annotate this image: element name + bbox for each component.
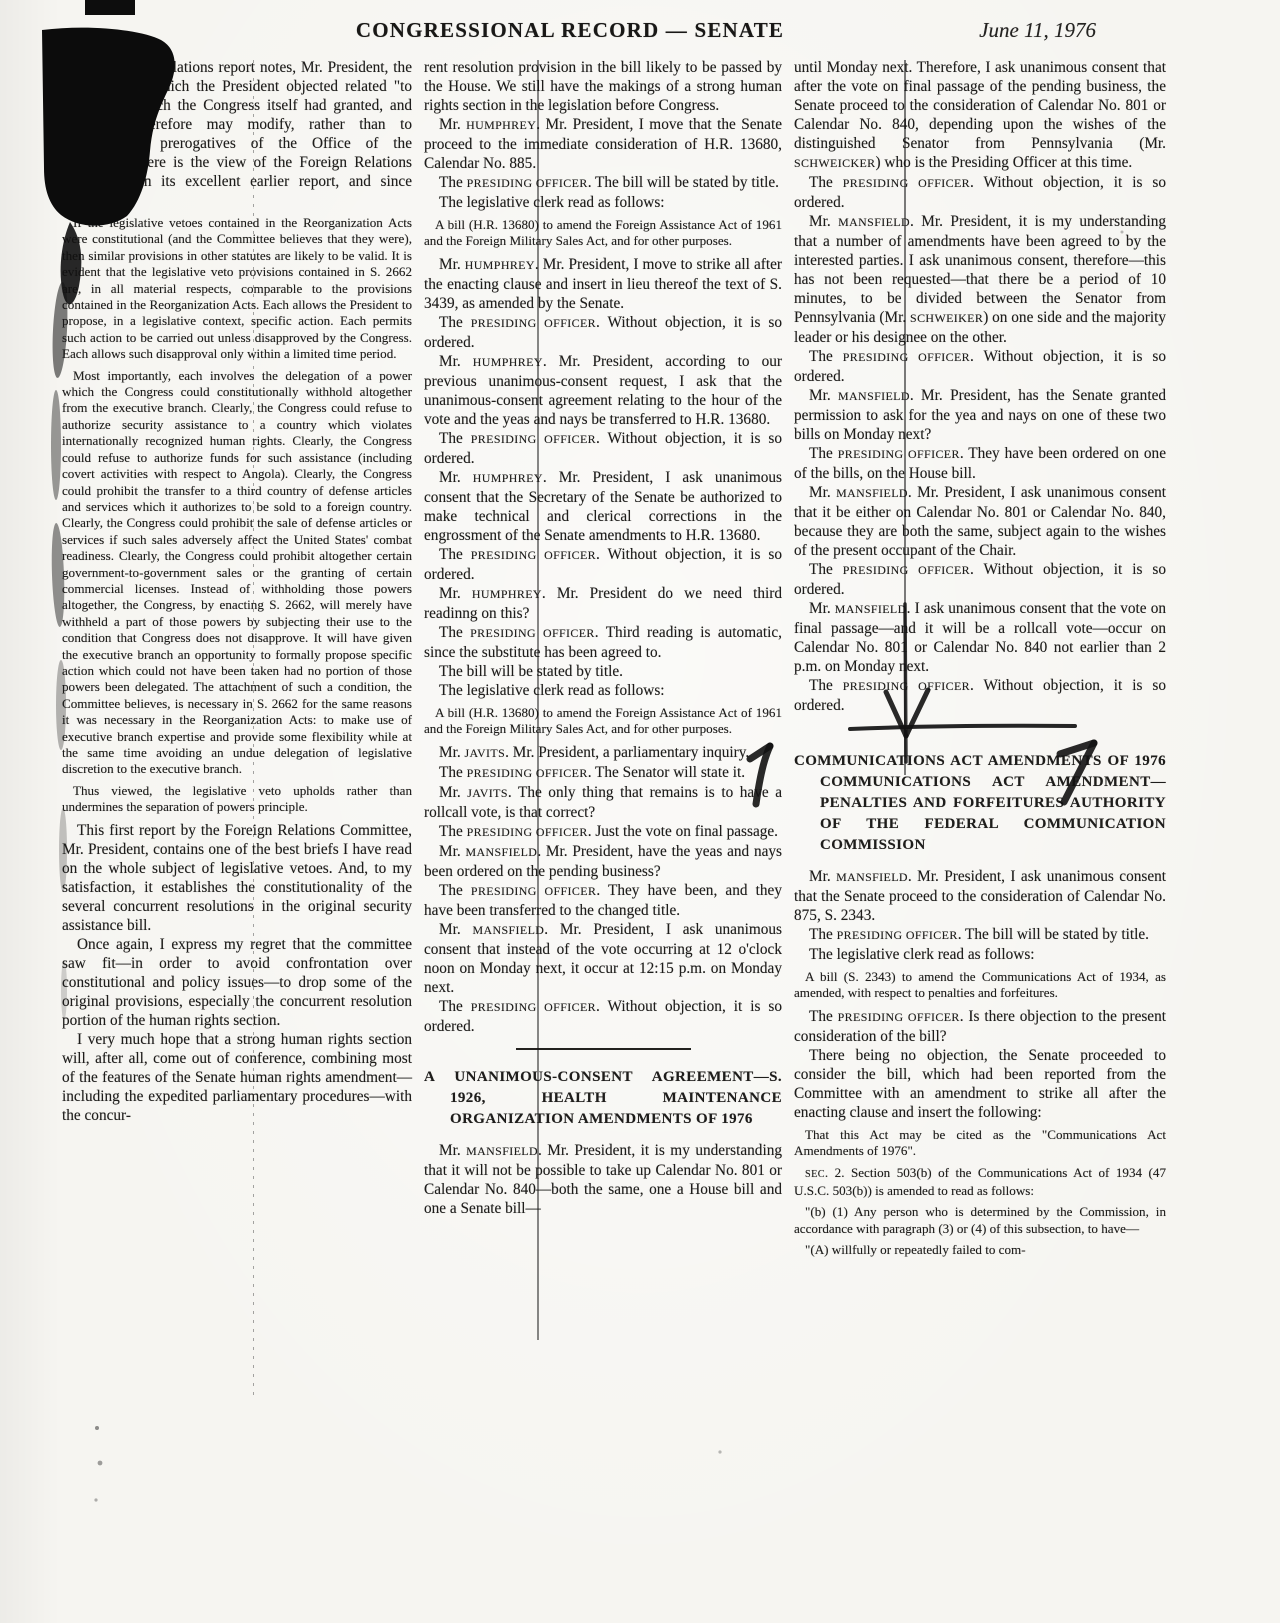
paragraph: Mr. HUMPHREY. Mr. President, I move that… (424, 115, 782, 173)
paragraph: Mr. HUMPHREY. Mr. President do we need t… (424, 584, 782, 623)
column-center: rent resolution provision in the bill li… (424, 58, 782, 1218)
paragraph: The PRESIDING OFFICER. The bill will be … (424, 173, 782, 193)
paragraph: This first report by the Foreign Relatio… (62, 821, 412, 935)
paragraph: The PRESIDING OFFICER. Third reading is … (424, 623, 782, 662)
paragraph: The PRESIDING OFFICER. Just the vote on … (424, 822, 782, 842)
excerpt-paragraph: A bill (S. 2343) to amend the Communicat… (794, 969, 1166, 1002)
paragraph: rent resolution provision in the bill li… (424, 58, 782, 115)
paragraph: The PRESIDING OFFICER. Without objection… (424, 545, 782, 584)
scanned-page: CONGRESSIONAL RECORD — SENATE June 11, 1… (0, 0, 1280, 1623)
masthead: CONGRESSIONAL RECORD — SENATE June 11, 1… (0, 18, 1280, 52)
paragraph: The PRESIDING OFFICER. Without objection… (424, 313, 782, 352)
pen-marks (744, 594, 1224, 954)
excerpt-paragraph: Most importantly, each involves the dele… (62, 368, 412, 778)
paragraph: until Monday next. Therefore, I ask unan… (794, 58, 1166, 173)
issue-date: June 11, 1976 (900, 18, 1096, 43)
section-divider (794, 724, 1166, 736)
paragraph: The PRESIDING OFFICER. The Senator will … (424, 763, 782, 783)
paragraph: The PRESIDING OFFICER. Without objection… (424, 429, 782, 468)
excerpt-paragraph: SEC. 2. Section 503(b) of the Communicat… (794, 1165, 1166, 1200)
column-left: as the Foreign Relations report notes, M… (62, 58, 412, 1125)
paragraph: The bill will be stated by title. (424, 662, 782, 681)
paragraph: Mr. JAVITS. Mr. President, a parliamenta… (424, 743, 782, 763)
paragraph: Mr. HUMPHREY. Mr. President, according t… (424, 352, 782, 429)
paragraph: Mr. MANSFIELD. Mr. President, it is my u… (794, 212, 1166, 347)
excerpt-paragraph: Thus viewed, the legislative veto uphold… (62, 783, 412, 816)
paragraph: The PRESIDING OFFICER. Without objection… (424, 997, 782, 1036)
excerpt-paragraph: "(A) willfully or repeatedly failed to c… (794, 1242, 1166, 1258)
paragraph: Mr. MANSFIELD. Mr. President, I ask unan… (794, 483, 1166, 560)
section-heading: A UNANIMOUS-CONSENT AGREEMENT—S. 1926, H… (424, 1067, 782, 1130)
excerpt-paragraph: A bill (H.R. 13680) to amend the Foreign… (424, 705, 782, 738)
paragraph: Mr. HUMPHREY. Mr. President, I ask unani… (424, 468, 782, 545)
paragraph: as the Foreign Relations report notes, M… (62, 58, 412, 210)
excerpt-paragraph: That this Act may be cited as the "Commu… (794, 1127, 1166, 1160)
paragraph: Mr. MANSFIELD. Mr. President, it is my u… (424, 1141, 782, 1218)
paragraph: The PRESIDING OFFICER. Without objection… (794, 347, 1166, 386)
paragraph: The PRESIDING OFFICER. They have been or… (794, 444, 1166, 483)
paragraph: The PRESIDING OFFICER. Without objection… (794, 173, 1166, 212)
excerpt-paragraph: "(b) (1) Any person who is determined by… (794, 1204, 1166, 1237)
excerpt-paragraph: A bill (H.R. 13680) to amend the Foreign… (424, 217, 782, 250)
paragraph: The PRESIDING OFFICER. They have been, a… (424, 881, 782, 920)
page-title: CONGRESSIONAL RECORD — SENATE (320, 18, 820, 43)
paragraph: Mr. MANSFIELD. Mr. President, I ask unan… (424, 920, 782, 997)
paragraph: Mr. JAVITS. The only thing that remains … (424, 783, 782, 822)
paragraph: Mr. HUMPHREY. Mr. President, I move to s… (424, 255, 782, 313)
section-divider (424, 1046, 782, 1052)
paragraph: There being no objection, the Senate pro… (794, 1046, 1166, 1122)
paragraph: Mr. MANSFIELD. Mr. President, have the y… (424, 842, 782, 881)
excerpt-paragraph: If the legislative vetoes contained in t… (62, 215, 412, 363)
paragraph: Once again, I express my regret that the… (62, 935, 412, 1030)
paragraph: Mr. MANSFIELD. Mr. President, has the Se… (794, 386, 1166, 444)
paragraph: I very much hope that a strong human rig… (62, 1030, 412, 1125)
paragraph: The legislative clerk read as follows: (424, 681, 782, 700)
paragraph: The PRESIDING OFFICER. Is there objectio… (794, 1007, 1166, 1046)
paragraph: The legislative clerk read as follows: (424, 193, 782, 212)
column-right: until Monday next. Therefore, I ask unan… (794, 58, 1166, 1264)
